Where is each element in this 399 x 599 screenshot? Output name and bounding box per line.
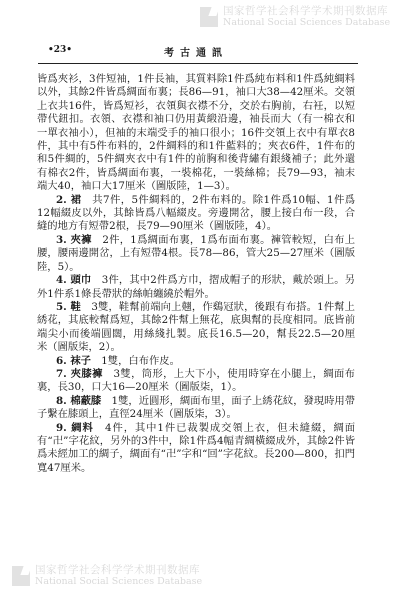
watermark-en: National Social Sciences Database: [223, 17, 390, 28]
paragraph-text: 皆爲夾衫，3件短袖，1件長袖，其質料除1件爲純布料和1件爲純綢料以外，其餘2件皆…: [37, 73, 355, 192]
database-logo-icon: [12, 566, 30, 586]
item-title: 4. 頭巾: [56, 274, 91, 286]
header-rule: [38, 63, 358, 64]
item-cotton-kneepads: 8. 棉蔽膝 1雙，近圓形，綢面布里，面子上綉花紋，發現時用帶子繫在膝頭上，直徑…: [37, 395, 355, 422]
item-title: 6. 袜子: [56, 355, 91, 367]
item-knee-trousers: 7. 夾膝褲 3雙，筒形，上大下小，使用時穿在小腿上，綢面布裏，長30，口大16…: [37, 368, 355, 395]
watermark-en: National Social Sciences Database: [35, 576, 202, 587]
item-title: 3. 夾褲: [56, 234, 92, 246]
article-body: 皆爲夾衫，3件短袖，1件長袖，其質料除1件爲純布料和1件爲純綢料以外，其餘2件皆…: [37, 73, 355, 475]
item-title: 8. 棉蔽膝: [56, 395, 101, 407]
item-lined-trousers: 3. 夾褲 2件，1爲綢面布裏，1爲布面布裏。褲管較短，白布上腰，腰兩邊開岔，上…: [37, 234, 355, 274]
journal-title: 考古通訊: [164, 44, 228, 59]
page-header: •23• 考古通訊: [38, 44, 358, 60]
item-text: 3雙，鞋幫前端向上翹，作鷄冠狀，後跟有布搭。1件幫上綉花，其底較幫爲短，其餘2件…: [37, 301, 355, 353]
item-title: 2. 裙: [56, 194, 82, 206]
item-skirt: 2. 裙 共7件，5件綢料的，2件布料的。除1件爲10幅、1件爲12幅綴皮以外，…: [37, 194, 355, 234]
watermark-cn: 国家哲学社会科学学术期刊数据库: [35, 565, 202, 576]
item-text: 1雙，白布作皮。: [91, 355, 180, 367]
item-title: 9. 綢料: [56, 422, 94, 434]
item-title: 7. 夾膝褲: [56, 368, 103, 380]
item-silk-material: 9. 綢料 4件，其中1件已裁製成交領上衣，但未縫綴，綢面有“卍”字花紋，另外的…: [37, 422, 355, 476]
database-logo-icon: [200, 7, 218, 27]
item-text: 共7件，5件綢料的，2件布料的。除1件爲10幅、1件爲12幅綴皮以外，其餘皆爲八…: [37, 194, 355, 233]
page-number: •23•: [48, 45, 72, 55]
paragraph-continuation: 皆爲夾衫，3件短袖，1件長袖，其質料除1件爲純布料和1件爲純綢料以外，其餘2件皆…: [37, 73, 355, 194]
watermark-bottom: 国家哲学社会科学学术期刊数据库 National Social Sciences…: [12, 565, 202, 587]
watermark-top: 国家哲学社会科学学术期刊数据库 National Social Sciences…: [200, 6, 390, 28]
item-socks: 6. 袜子 1雙，白布作皮。: [37, 355, 355, 368]
watermark-cn: 国家哲学社会科学学术期刊数据库: [223, 6, 390, 17]
item-headscarf: 4. 頭巾 3件，其中2件爲方巾，摺成帽子的形狀，戴於頭上。另外1件系1條長帶狀…: [37, 274, 355, 301]
item-title: 5. 鞋: [56, 301, 81, 313]
item-shoes: 5. 鞋 3雙，鞋幫前端向上翹，作鷄冠狀，後跟有布搭。1件幫上綉花，其底較幫爲短…: [37, 301, 355, 355]
